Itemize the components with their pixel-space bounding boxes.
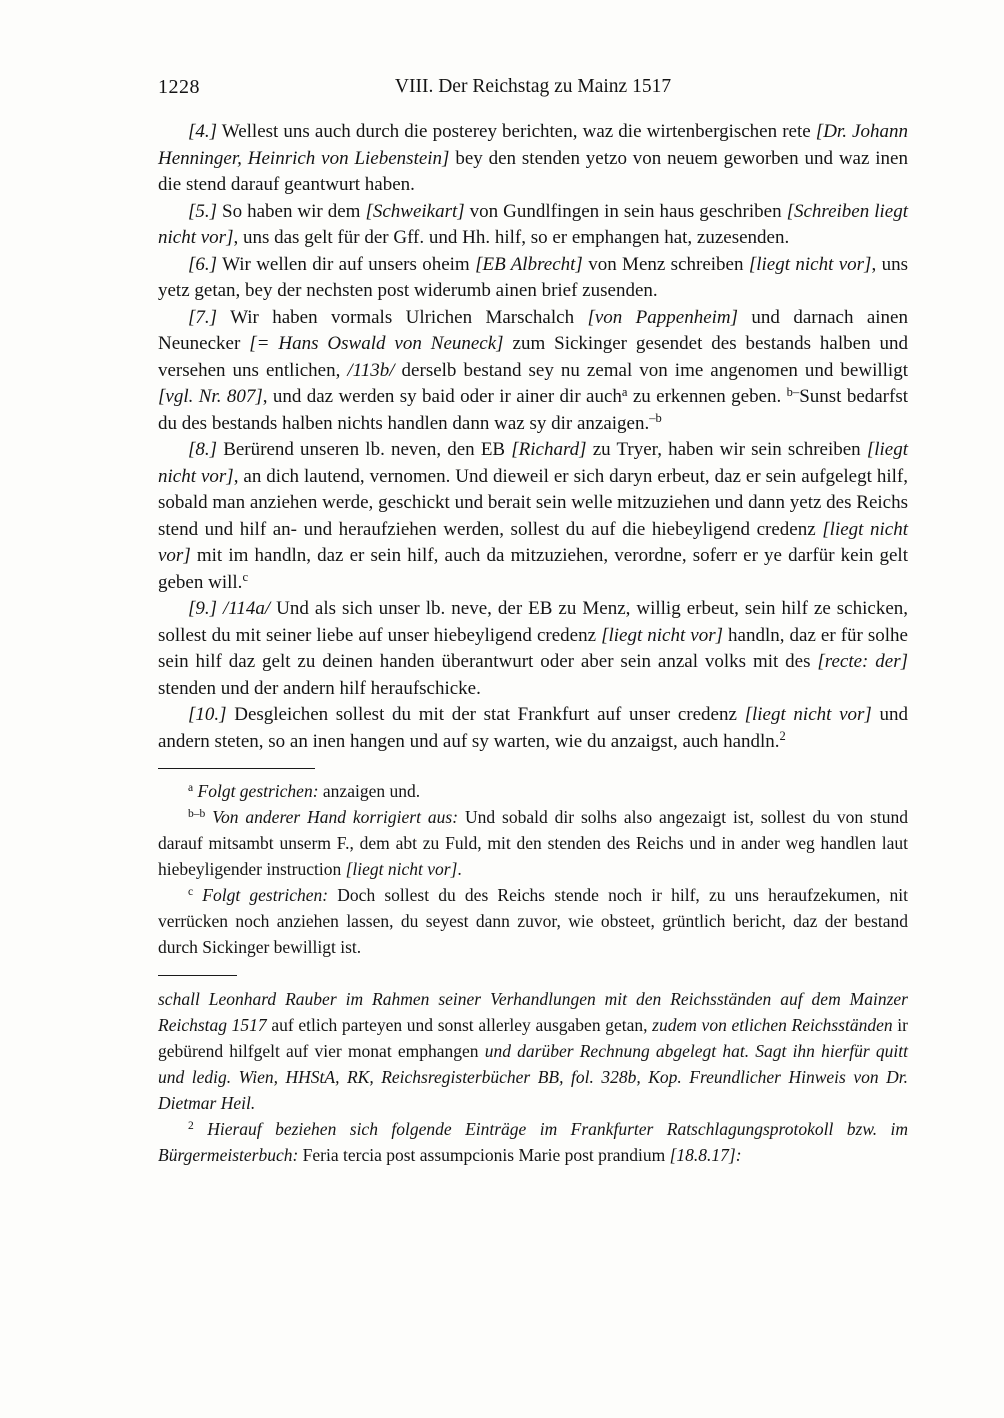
paragraph-6: [6.] Wir wellen dir auf unsers oheim [EB… <box>158 252 908 305</box>
text-run: von Gundlfingen in sein haus geschriben <box>465 201 787 222</box>
text-run: zu erkennen geben. <box>627 386 786 407</box>
text-run: anzaigen und. <box>319 781 421 801</box>
text-run: , an dich lautend, vernomen. Und dieweil… <box>158 466 908 540</box>
footnote-2: 2 Hierauf beziehen sich folgende Einträg… <box>158 1116 908 1168</box>
paragraph-4: [4.] Wellest uns auch durch die posterey… <box>158 119 908 199</box>
text-run: [8.] <box>188 439 217 460</box>
text-run: So haben wir dem <box>217 201 365 222</box>
superscript-note-mark: –b <box>649 411 662 425</box>
paragraph-10: [10.] Desgleichen sollest du mit der sta… <box>158 702 908 755</box>
main-text: [4.] Wellest uns auch durch die posterey… <box>158 119 908 755</box>
text-run: von Menz schreiben <box>583 254 749 275</box>
superscript-note-mark: a <box>622 385 628 399</box>
text-run: [5.] <box>188 201 217 222</box>
text-run: [von Pappenheim] <box>587 307 738 328</box>
paragraph-5: [5.] So haben wir dem [Schweikart] von G… <box>158 199 908 252</box>
apparatus-note-a: a Folgt gestrichen: anzaigen und. <box>158 778 908 804</box>
text-run: zu Tryer, haben wir sein schreiben <box>587 439 867 460</box>
text-run: derselb bestand sey nu zemal von ime ang… <box>395 360 908 381</box>
superscript-note-mark: b– <box>787 385 800 399</box>
paragraph-8: [8.] Berürend unseren lb. neven, den EB … <box>158 437 908 596</box>
superscript-note-mark: c <box>188 886 193 898</box>
text-run: [7.] <box>188 307 217 328</box>
text-run: Folgt gestrichen: <box>193 781 318 801</box>
text-run: Feria tercia post assumpcionis Marie pos… <box>298 1145 669 1165</box>
text-run: Von anderer Hand korrigiert aus: <box>205 807 458 827</box>
paragraph-9: [9.] /114a/ Und als sich unser lb. neve,… <box>158 596 908 702</box>
text-run: [liegt nicht vor] <box>745 704 872 725</box>
text-run: auf etlich parteyen und sonst allerley a… <box>267 1015 648 1035</box>
paragraph-7: [7.] Wir haben vormals Ulrichen Marschal… <box>158 305 908 438</box>
text-run: zudem von etlichen Reichsständen <box>648 1015 893 1035</box>
text-run: Folgt gestrichen: <box>193 885 328 905</box>
page-header: 1228 VIII. Der Reichstag zu Mainz 1517 <box>158 76 908 104</box>
text-run: [vgl. Nr. 807] <box>158 386 263 407</box>
superscript-note-mark: 2 <box>780 729 786 743</box>
text-run: Wir haben vormals Ulrichen Marschalch <box>217 307 587 328</box>
commentary-footnotes: schall Leonhard Rauber im Rahmen seiner … <box>158 975 908 1168</box>
text-run: [= Hans Oswald von Neuneck] <box>249 333 503 354</box>
text-run: [4.] <box>188 121 217 142</box>
superscript-note-mark: c <box>242 570 248 584</box>
footnote-continuation-rule <box>158 975 237 976</box>
text-run: Desgleichen sollest du mit der stat Fran… <box>227 704 745 725</box>
apparatus-note-b: b–b Von anderer Hand korrigiert aus: Und… <box>158 804 908 882</box>
text-run: [Richard] <box>511 439 586 460</box>
apparatus-note-c: c Folgt gestrichen: Doch sollest du des … <box>158 882 908 960</box>
text-run: [liegt nicht vor] <box>601 625 723 646</box>
text-run: Wir wellen dir auf unsers oheim <box>217 254 475 275</box>
text-run: stenden und der andern hilf heraufschick… <box>158 678 481 699</box>
text-run: [Schweikart] <box>365 201 464 222</box>
book-page: 1228 VIII. Der Reichstag zu Mainz 1517 [… <box>0 0 1004 1418</box>
text-run: Berürend unseren lb. neven, den EB <box>217 439 511 460</box>
text-run: [EB Albrecht] <box>475 254 583 275</box>
text-run: [10.] <box>188 704 227 725</box>
text-run: [6.] <box>188 254 217 275</box>
text-run: [liegt nicht vor] <box>346 859 458 879</box>
text-run: [9.] /114a/ <box>188 598 270 619</box>
text-run: /113b/ <box>347 360 394 381</box>
text-run: , und daz werden sy baid oder ir ainer d… <box>263 386 622 407</box>
text-run: Wellest uns auch durch die posterey beri… <box>217 121 816 142</box>
superscript-note-mark: b–b <box>188 808 205 820</box>
text-run: [18.8.17]: <box>670 1145 742 1165</box>
footnote-separator-rule <box>158 768 315 769</box>
page-number: 1228 <box>158 76 200 99</box>
superscript-note-mark: 2 <box>188 1120 194 1132</box>
text-run: [recte: der] <box>817 651 908 672</box>
superscript-note-mark: a <box>188 782 193 794</box>
text-run: [liegt nicht vor] <box>749 254 872 275</box>
text-run: . <box>457 859 461 879</box>
text-run: , uns das gelt für der Gff. und Hh. hilf… <box>233 227 789 248</box>
footnote-1-continuation: schall Leonhard Rauber im Rahmen seiner … <box>158 986 908 1116</box>
text-run: mit im handln, daz er sein hilf, auch da… <box>158 545 908 593</box>
critical-apparatus: a Folgt gestrichen: anzaigen und. b–b Vo… <box>158 768 908 960</box>
running-title: VIII. Der Reichstag zu Mainz 1517 <box>158 76 908 98</box>
